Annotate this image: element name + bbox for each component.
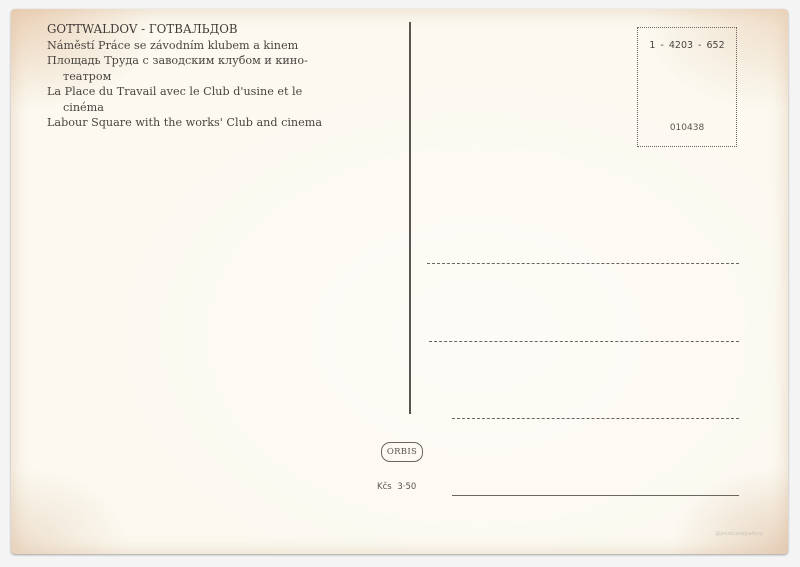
center-divider bbox=[409, 22, 411, 414]
address-line-1 bbox=[427, 263, 739, 264]
address-line-3 bbox=[452, 418, 739, 419]
caption-russian-line2: театром bbox=[47, 69, 407, 85]
caption-french-line1: La Place du Travail avec le Club d'usine… bbox=[47, 84, 407, 100]
caption-title: GOTTWALDOV - ГОТВАЛЬДОВ bbox=[47, 22, 407, 38]
caption-block: GOTTWALDOV - ГОТВАЛЬДОВ Náměstí Práce se… bbox=[47, 22, 407, 131]
postcard-back: GOTTWALDOV - ГОТВАЛЬДОВ Náměstí Práce se… bbox=[11, 9, 788, 554]
stamp-box: 1 - 4203 - 652 010438 bbox=[637, 27, 737, 147]
watermark: @postcardgallery bbox=[715, 531, 763, 537]
orbis-logo: ORBIS bbox=[381, 442, 423, 462]
caption-french-line2: cinéma bbox=[47, 100, 407, 116]
caption-english: Labour Square with the works' Club and c… bbox=[47, 115, 407, 131]
address-line-2 bbox=[429, 341, 739, 342]
stamp-serial: 010438 bbox=[638, 123, 736, 133]
caption-russian-line1: Площадь Труда с заводским клубом и кино- bbox=[47, 53, 407, 69]
caption-czech: Náměstí Práce se závodním klubem a kinem bbox=[47, 38, 407, 54]
address-line-4 bbox=[452, 495, 739, 496]
stamp-code: 1 - 4203 - 652 bbox=[638, 40, 736, 51]
price-label: Kčs 3·50 bbox=[377, 482, 416, 492]
